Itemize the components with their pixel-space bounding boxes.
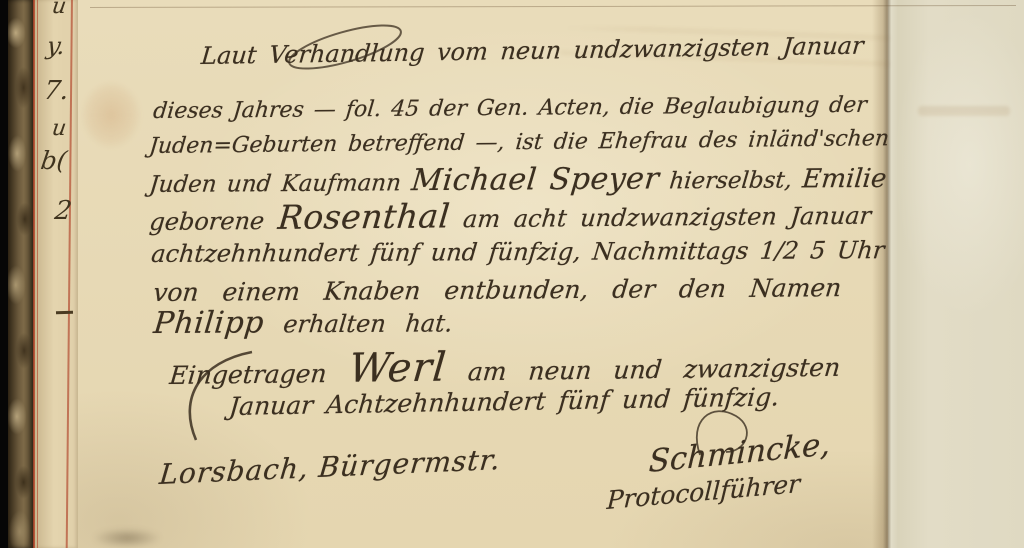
- scanned-register-page: u y. 7. u b( 2 Laut Verhandlung vom neun…: [0, 0, 1024, 548]
- line-text: von einem Knaben entbunden, der den Name…: [152, 273, 843, 307]
- name-emilie: Emilie: [801, 164, 888, 195]
- margin-fragment: 7.: [42, 76, 71, 106]
- manuscript-line: achtzehnhundert fünf und fünfzig, Nachmi…: [150, 236, 886, 268]
- gutter-bottom-shadow: [92, 528, 162, 548]
- manuscript-line: geborene Rosenthal am acht undzwanzigste…: [148, 193, 873, 238]
- line-text: Laut: [200, 41, 270, 70]
- paper-stain: [82, 82, 140, 148]
- manuscript-line: Philipp erhalten hat.: [152, 304, 454, 341]
- next-page-edge: [888, 0, 1024, 548]
- margin-fragment: b(: [39, 146, 69, 175]
- line-text: hierselbst,: [668, 167, 803, 194]
- line-text: erhalten hat.: [282, 309, 454, 338]
- margin-dash-mark: [56, 311, 73, 315]
- manuscript-line: von einem Knaben entbunden, der den Name…: [152, 273, 843, 307]
- line-text: geborene: [148, 207, 279, 236]
- line-text: am acht undzwanzigsten Januar: [462, 202, 873, 234]
- line-text: Eingetragen: [168, 359, 350, 390]
- line-text: Juden und Kaufmann: [148, 170, 412, 198]
- ink-bleedthrough-right: [918, 106, 1010, 116]
- name-rosenthal: Rosenthal: [276, 196, 451, 237]
- page-fold-crease: [872, 0, 898, 548]
- book-binding-edge: [8, 0, 34, 548]
- line-text: achtzehnhundert fünf und fünfzig, Nachmi…: [150, 236, 886, 268]
- red-margin-rule-left: [33, 0, 35, 548]
- red-margin-rule-left-2: [37, 0, 38, 548]
- name-michael-speyer: Michael Speyer: [410, 161, 661, 198]
- name-philipp: Philipp: [152, 305, 266, 341]
- place-werl: Werl: [347, 345, 449, 392]
- line-text: am neun und zwanzigsten: [467, 353, 842, 387]
